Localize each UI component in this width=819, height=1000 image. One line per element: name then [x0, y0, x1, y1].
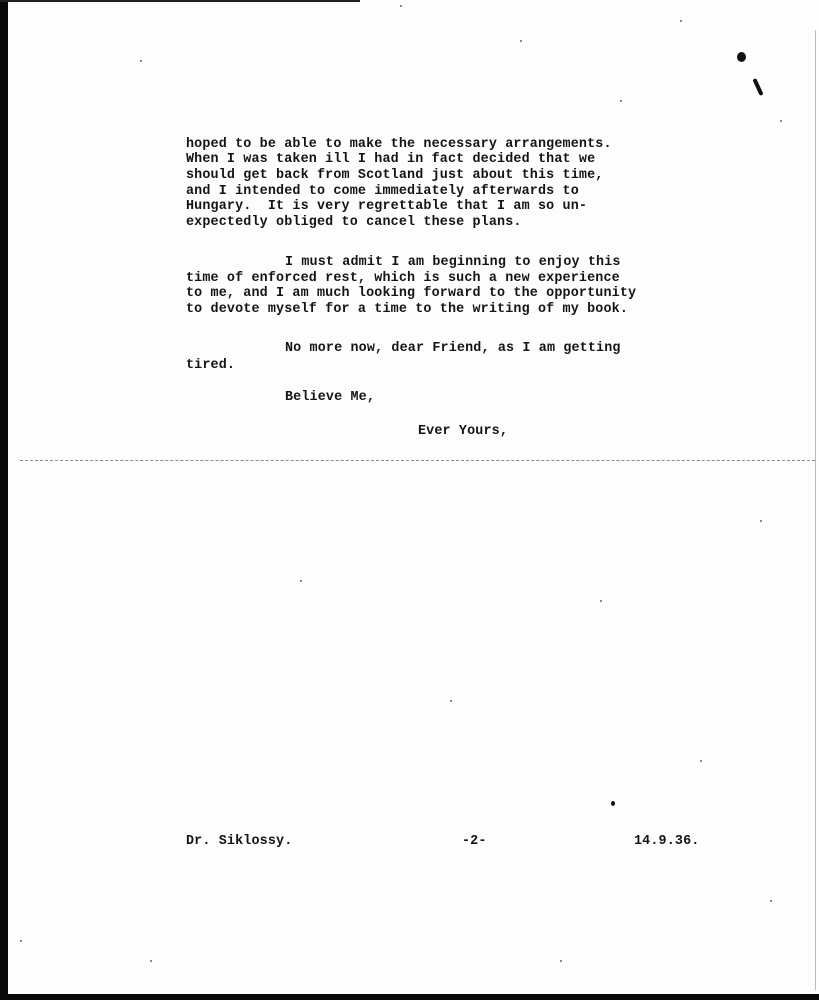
scan-speck [760, 520, 762, 522]
footer-recipient: Dr. Siklossy. [186, 834, 292, 849]
footer-date: 14.9.36. [634, 834, 700, 849]
scan-speck [20, 940, 22, 942]
para1-line-6: expectedly obliged to cancel these plans… [186, 215, 522, 230]
scan-speck [780, 120, 782, 122]
para3-line-2: tired. [186, 358, 235, 373]
para2-line-4: to devote myself for a time to the writi… [186, 302, 628, 317]
scan-speck [680, 20, 682, 22]
para2-line-3: to me, and I am much looking forward to … [186, 286, 636, 301]
ink-dot [611, 801, 615, 806]
closing-sign-off: Ever Yours, [418, 424, 508, 439]
scan-right-edge [815, 30, 816, 990]
scan-speck [400, 5, 402, 7]
para3-line-1: No more now, dear Friend, as I am gettin… [285, 341, 621, 356]
scan-speck [620, 100, 622, 102]
scan-bottom-edge [0, 994, 819, 1000]
scan-speck [450, 700, 452, 702]
scan-speck [150, 960, 152, 962]
scan-speck [770, 900, 772, 902]
scan-speck [700, 760, 702, 762]
para1-line-3: should get back from Scotland just about… [186, 168, 603, 183]
para1-line-4: and I intended to come immediately after… [186, 184, 579, 199]
ink-smudge [752, 78, 763, 96]
footer-page-number: -2- [462, 834, 487, 849]
para2-line-2: time of enforced rest, which is such a n… [186, 271, 620, 286]
scan-speck [600, 600, 602, 602]
scan-speck [520, 40, 522, 42]
scan-speck [300, 580, 302, 582]
page-fold-line [20, 460, 815, 461]
scan-left-edge [0, 0, 8, 1000]
scan-top-edge [0, 0, 360, 2]
para1-line-2: When I was taken ill I had in fact decid… [186, 152, 595, 167]
ink-blot [737, 52, 746, 62]
para2-line-1: I must admit I am beginning to enjoy thi… [285, 255, 621, 270]
para1-line-1: hoped to be able to make the necessary a… [186, 137, 612, 152]
scan-speck [140, 60, 142, 62]
closing-salutation: Believe Me, [285, 390, 375, 405]
scan-speck [560, 960, 562, 962]
scanned-page: hoped to be able to make the necessary a… [0, 0, 819, 1000]
para1-line-5: Hungary. It is very regrettable that I a… [186, 199, 587, 214]
